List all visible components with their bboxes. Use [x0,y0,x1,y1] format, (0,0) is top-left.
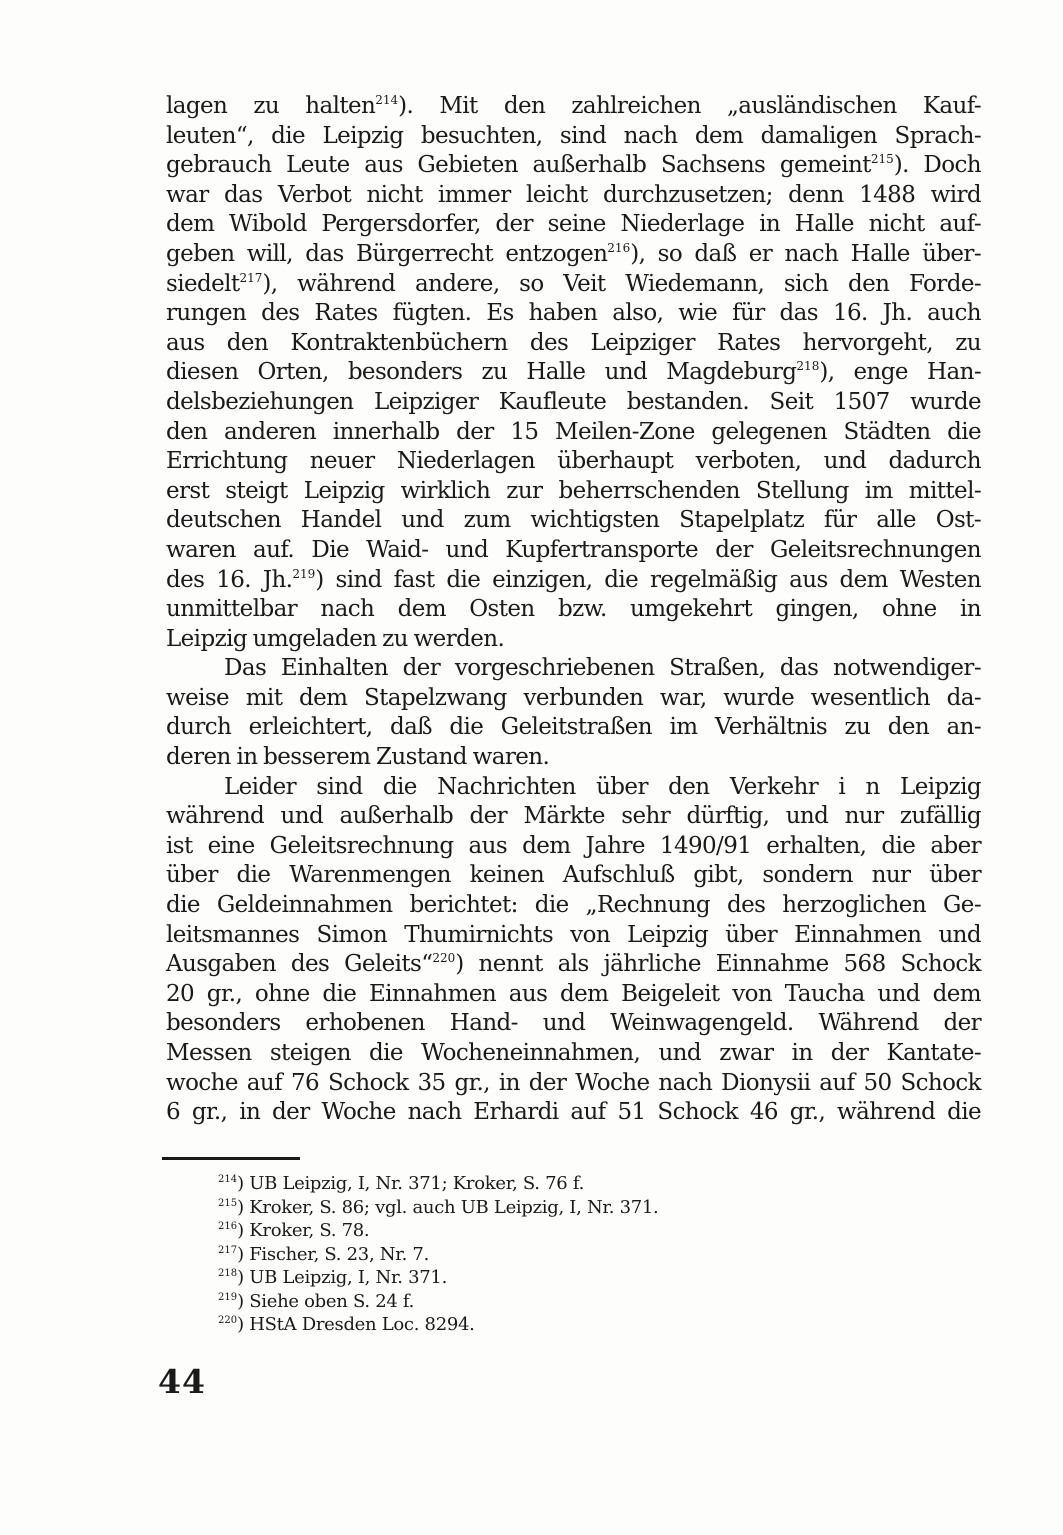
text-line: geben will, das Bürgerrecht entzogen216)… [166,240,981,270]
text-line: Errichtung neuer Niederlagen überhaupt v… [166,447,981,477]
text-line: durch erleichtert, daß die Geleitstraßen… [166,713,981,743]
text-line: während und außerhalb der Märkte sehr dü… [166,802,981,832]
text-line: 20 gr., ohne die Einnahmen aus dem Beige… [166,980,981,1010]
footnote: 219) Siehe oben S. 24 f. [218,1290,658,1314]
text-line: unmittelbar nach dem Osten bzw. umgekehr… [166,595,981,625]
text-line: 6 gr., in der Woche nach Erhardi auf 51 … [166,1098,981,1128]
paragraph-start: Das Einhalten der vorgeschriebenen Straß… [166,654,981,684]
text-line: rungen des Rates fügten. Es haben also, … [166,299,981,329]
body-text: lagen zu halten214). Mit den zahlreichen… [166,92,981,1128]
footnote-ref: 214 [375,93,398,107]
footnote-separator [162,1157,300,1160]
footnote: 214) UB Leipzig, I, Nr. 371; Kroker, S. … [218,1172,658,1196]
footnote: 215) Kroker, S. 86; vgl. auch UB Leipzig… [218,1196,658,1220]
text-line: des 16. Jh.219) sind fast die einzigen, … [166,566,981,596]
footnote-ref: 220 [432,951,455,965]
book-page: lagen zu halten214). Mit den zahlreichen… [0,0,1063,1535]
footnotes: 214) UB Leipzig, I, Nr. 371; Kroker, S. … [218,1172,658,1337]
text-line: Ausgaben des Geleits“220) nennt als jähr… [166,950,981,980]
text-line: die Geldeinnahmen berichtet: die „Rechnu… [166,891,981,921]
text-line: über die Warenmengen keinen Aufschluß gi… [166,861,981,891]
footnote-ref: 218 [796,359,819,373]
footnote: 218) UB Leipzig, I, Nr. 371. [218,1266,658,1290]
footnote-ref: 216 [607,241,630,255]
text-line: ist eine Geleitsrechnung aus dem Jahre 1… [166,832,981,862]
text-line: Messen steigen die Wocheneinnahmen, und … [166,1039,981,1069]
text-line: erst steigt Leipzig wirklich zur beherrs… [166,477,981,507]
text-line: gebrauch Leute aus Gebieten außerhalb Sa… [166,151,981,181]
text-line: deutschen Handel und zum wichtigsten Sta… [166,506,981,536]
footnote-ref: 217 [240,271,263,285]
text-line: delsbeziehungen Leipziger Kaufleute best… [166,388,981,418]
text-line: diesen Orten, besonders zu Halle und Mag… [166,358,981,388]
text-line: war das Verbot nicht immer leicht durchz… [166,181,981,211]
paragraph-start: Leider sind die Nachrichten über den Ver… [166,773,981,803]
text-line: woche auf 76 Schock 35 gr., in der Woche… [166,1069,981,1099]
footnote-ref: 215 [871,152,894,166]
text-line: waren auf. Die Waid- und Kupfertransport… [166,536,981,566]
text-line: den anderen innerhalb der 15 Meilen-Zone… [166,418,981,448]
footnote: 220) HStA Dresden Loc. 8294. [218,1313,658,1337]
footnote: 217) Fischer, S. 23, Nr. 7. [218,1243,658,1267]
text-line: leuten“, die Leipzig besuchten, sind nac… [166,122,981,152]
footnote-ref: 219 [292,567,315,581]
text-line: lagen zu halten214). Mit den zahlreichen… [166,92,981,122]
text-line: dem Wibold Pergersdorfer, der seine Nied… [166,210,981,240]
text-line: deren in besserem Zustand waren. [166,743,981,773]
page-number: 44 [158,1362,206,1401]
text-line: besonders erhobenen Hand- und Weinwageng… [166,1009,981,1039]
text-line: leitsmannes Simon Thumirnichts von Leipz… [166,921,981,951]
text-line: weise mit dem Stapelzwang verbunden war,… [166,684,981,714]
text-line: Leipzig umgeladen zu werden. [166,625,981,655]
footnote: 216) Kroker, S. 78. [218,1219,658,1243]
text-line: siedelt217), während andere, so Veit Wie… [166,270,981,300]
text-line: aus den Kontraktenbüchern des Leipziger … [166,329,981,359]
